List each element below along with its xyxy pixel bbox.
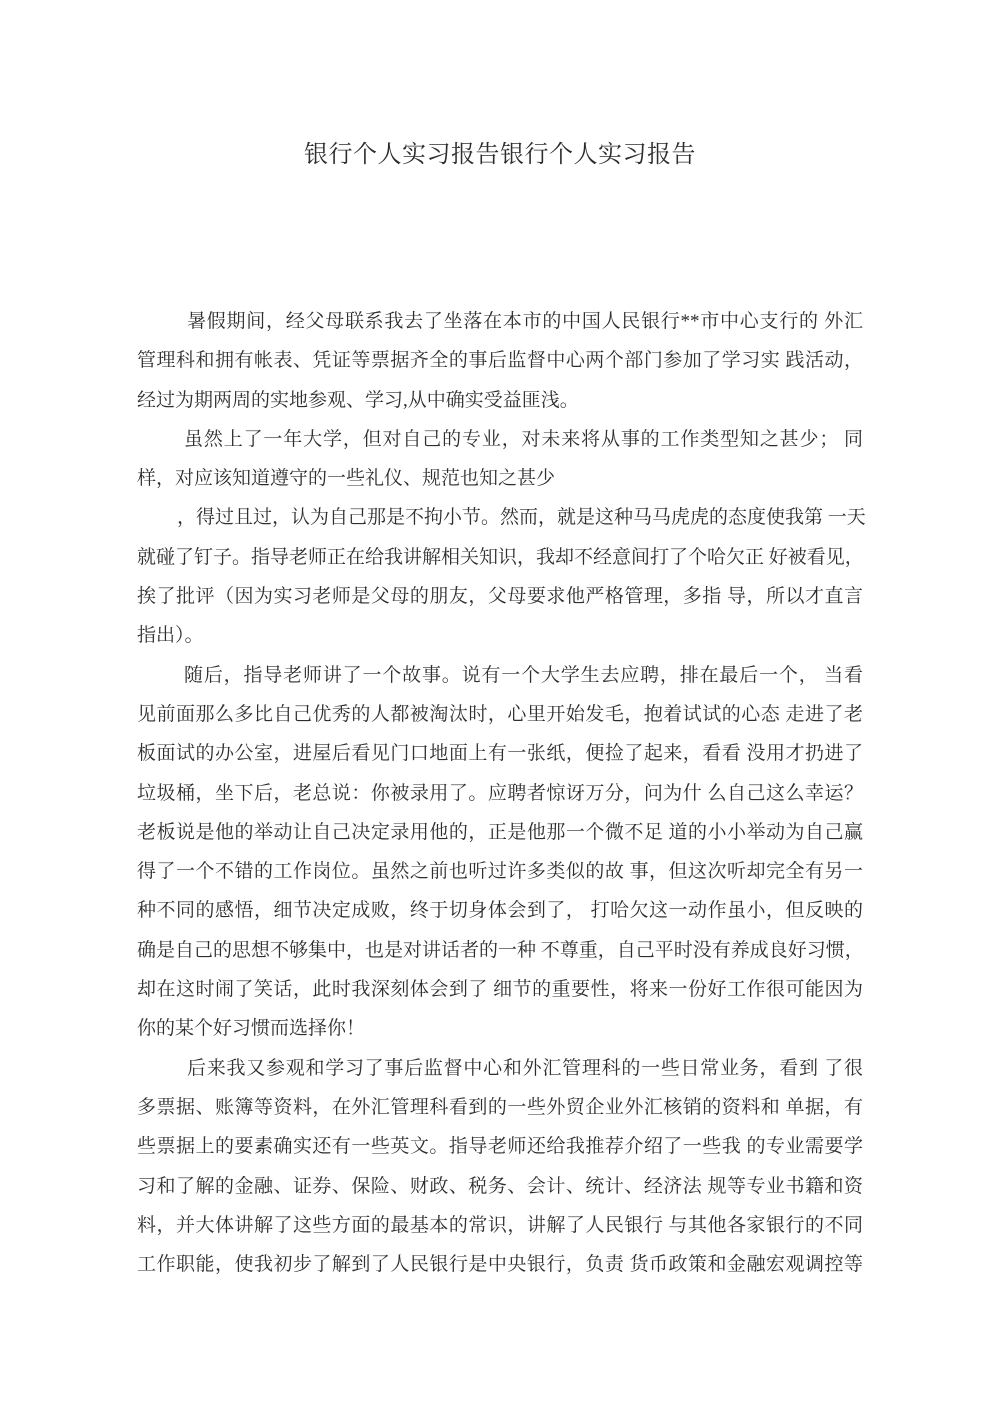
paragraph: 后来我又参观和学习了事后监督中心和外汇管理科的一些日常业务，看到 了很多票据、账… [137, 1049, 863, 1285]
paragraph: 随后，指导老师讲了一个故事。说有一个大学生去应聘，排在最后一个， 当看见前面那么… [137, 656, 863, 1049]
text-line: 老板说是他的举动让自己决定录用他的，正是他那一个微不足 道的小小举动为自己赢 [137, 813, 863, 852]
text-line: 虽然上了一年大学，但对自己的专业，对未来将从事的工作类型知之甚少； 同 [137, 420, 863, 459]
document-page: 银行个人实习报告银行个人实习报告 暑假期间，经父母联系我去了坐落在本市的中国人民… [0, 0, 1000, 1415]
text-line: 板面试的办公室，进屋后看见门口地面上有一张纸，便捡了起来，看看 没用才扔进了 [137, 734, 863, 773]
text-line: 随后，指导老师讲了一个故事。说有一个大学生去应聘，排在最后一个， 当看 [137, 656, 863, 695]
document-title: 银行个人实习报告银行个人实习报告 [0, 139, 1000, 171]
text-line: 垃圾桶，坐下后，老总说：你被录用了。应聘者惊讶万分，问为什 么自己这么幸运？ [137, 774, 863, 813]
text-line: 得了一个不错的工作岗位。虽然之前也听过许多类似的故 事，但这次听却完全有另一 [137, 852, 863, 891]
text-line: 后来我又参观和学习了事后监督中心和外汇管理科的一些日常业务，看到 了很 [137, 1049, 863, 1088]
paragraph: 虽然上了一年大学，但对自己的专业，对未来将从事的工作类型知之甚少； 同样，对应该… [137, 420, 863, 499]
text-line: 种不同的感悟，细节决定成败，终于切身体会到了， 打哈欠这一动作虽小，但反映的 [137, 891, 863, 930]
text-line: 就碰了钉子。指导老师正在给我讲解相关知识，我却不经意间打了个哈欠正 好被看见， [137, 538, 863, 577]
paragraph: 暑假期间，经父母联系我去了坐落在本市的中国人民银行**市中心支行的 外汇管理科和… [137, 302, 863, 420]
text-line: 指出）。 [137, 616, 863, 655]
document-body: 暑假期间，经父母联系我去了坐落在本市的中国人民银行**市中心支行的 外汇管理科和… [137, 302, 863, 1284]
text-line: 经过为期两周的实地参观、学习,从中确实受益匪浅。 [137, 381, 863, 420]
text-line: 样，对应该知道遵守的一些礼仪、规范也知之甚少 [137, 459, 863, 498]
text-line: 却在这时闹了笑话，此时我深刻体会到了 细节的重要性，将来一份好工作很可能因为 [137, 970, 863, 1009]
text-line: 料，并大体讲解了这些方面的最基本的常识，讲解了人民银行 与其他各家银行的不同 [137, 1206, 863, 1245]
text-line: 多票据、账簿等资料，在外汇管理科看到的一些外贸企业外汇核销的资料和 单据，有 [137, 1088, 863, 1127]
text-line: 习和了解的金融、证券、保险、财政、税务、会计、统计、经济法 规等专业书籍和资 [137, 1167, 863, 1206]
text-line: 你的某个好习惯而选择你！ [137, 1009, 863, 1048]
text-line: 见前面那么多比自己优秀的人都被淘汰时，心里开始发毛，抱着试试的心态 走进了老 [137, 695, 863, 734]
text-line: 工作职能，使我初步了解到了人民银行是中央银行，负责 货币政策和金融宏观调控等 [137, 1245, 863, 1284]
text-line: 暑假期间，经父母联系我去了坐落在本市的中国人民银行**市中心支行的 外汇 [137, 302, 863, 341]
text-line: 确是自己的思想不够集中，也是对讲话者的一种 不尊重，自己平时没有养成良好习惯， [137, 931, 863, 970]
text-line: 些票据上的要素确实还有一些英文。指导老师还给我推荐介绍了一些我 的专业需要学 [137, 1127, 863, 1166]
text-line: 挨了批评（因为实习老师是父母的朋友，父母要求他严格管理，多指 导，所以才直言 [137, 577, 863, 616]
text-line: 管理科和拥有帐表、凭证等票据齐全的事后监督中心两个部门参加了学习实 践活动， [137, 341, 863, 380]
text-line: ，得过且过，认为自己那是不拘小节。然而，就是这种马马虎虎的态度使我第 一天 [137, 498, 863, 537]
paragraph: ，得过且过，认为自己那是不拘小节。然而，就是这种马马虎虎的态度使我第 一天就碰了… [137, 498, 863, 655]
